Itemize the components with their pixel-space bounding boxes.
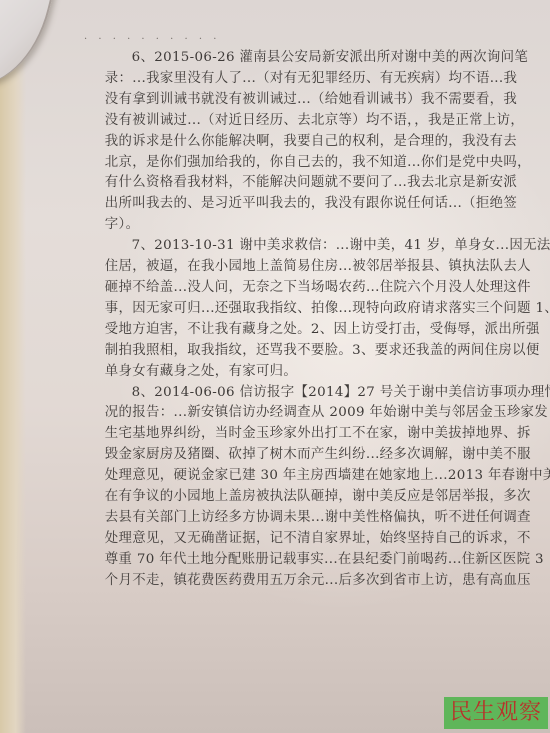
text-line: 况的报告：...新安镇信访办经调查从 2009 年始谢中美与邻居金玉珍家发 bbox=[78, 403, 462, 424]
text-line: 字）。 bbox=[78, 215, 462, 236]
text-line: 尊重 70 年代土地分配账册记载事实...在县纪委门前喝药...住新区医院 3 bbox=[78, 550, 462, 571]
text-line: 去县有关部门上访经多方协调未果...谢中美性格偏执，听不进任何调查 bbox=[78, 508, 462, 529]
paragraph-8: 8、2014-06-06 信访报字【2014】27 号关于谢中美信访事项办理情 … bbox=[78, 383, 462, 592]
watermark-logo: 民生观察 bbox=[444, 697, 548, 729]
text-line: 单身女有藏身之处，有家可归。 bbox=[78, 362, 462, 383]
text-line: 住居，被逼，在我小园地上盖简易住房...被邻居举报县、镇执法队去人 bbox=[78, 257, 462, 278]
text-line: 毁金家厨房及猪圈、砍掉了树木而产生纠纷...经多次调解，谢中美不服 bbox=[78, 445, 462, 466]
cut-off-text-fragment: · · · · · · · · · · bbox=[84, 30, 462, 44]
text-line: 没有被训诫过...（对近日经历、去北京等）均不语，，我是正常上访， bbox=[78, 111, 462, 132]
text-line: 录：...我家里没有人了...（对有无犯罪经历、有无疾病）均不语...我 bbox=[78, 69, 462, 90]
text-line: 受地方迫害，不让我有藏身之处。2、因上访受打击，受侮辱，派出所强 bbox=[78, 320, 462, 341]
text-line: 出所叫我去的、是习近平叫我去的，我没有跟你说任何话...（拒绝签 bbox=[78, 194, 462, 215]
paragraph-6: 6、2015-06-26 灌南县公安局新安派出所对谢中美的两次询问笔 录：...… bbox=[78, 48, 462, 236]
document-body: · · · · · · · · · · 6、2015-06-26 灌南县公安局新… bbox=[78, 30, 462, 592]
text-line: 个月不走，镇花费医药费用五万余元...后多次到省市上访，患有高血压 bbox=[78, 571, 462, 592]
text-line: 没有拿到训诫书就没有被训诫过...（给她看训诫书）我不需要看，我 bbox=[78, 90, 462, 111]
text-line: 生宅基地界纠纷，当时金玉珍家外出打工不在家，谢中美拔掉地界、拆 bbox=[78, 424, 462, 445]
text-line: 砸掉不给盖...没人问，无奈之下当场喝农药...住院六个月没人处理这件 bbox=[78, 278, 462, 299]
text-line: 8、2014-06-06 信访报字【2014】27 号关于谢中美信访事项办理情 bbox=[78, 383, 462, 404]
paragraph-7: 7、2013-10-31 谢中美求救信：...谢中美，41 岁，单身女...因无… bbox=[78, 236, 462, 382]
text-line: 制拍我照相，取我指纹，还骂我不要脸。3、要求还我盖的两间住房以便 bbox=[78, 341, 462, 362]
page-edge-shadow bbox=[0, 0, 26, 733]
text-line: 我的诉求是什么你能解决啊，我要自己的权利，是合理的，我没有去 bbox=[78, 132, 462, 153]
text-line: 北京，是你们强加给我的，你自己去的，我不知道...你们是党中央吗， bbox=[78, 153, 462, 174]
text-line: 事，因无家可归...还强取我指纹、拍像...现特向政府请求落实三个问题 1、 bbox=[78, 299, 462, 320]
text-line: 在有争议的小园地上盖房被执法队砸掉，谢中美反应是邻居举报，多次 bbox=[78, 487, 462, 508]
text-line: 有什么资格看我材料，不能解决问题就不要问了...我去北京是新安派 bbox=[78, 173, 462, 194]
text-line: 6、2015-06-26 灌南县公安局新安派出所对谢中美的两次询问笔 bbox=[78, 48, 462, 69]
text-line: 处理意见，又无确凿证据，记不清自家界址，始终坚持自己的诉求，不 bbox=[78, 529, 462, 550]
text-line: 7、2013-10-31 谢中美求救信：...谢中美，41 岁，单身女...因无… bbox=[78, 236, 462, 257]
text-line: 处理意见，硬说金家已建 30 年主房西墙建在她家地上...2013 年春谢中美 bbox=[78, 466, 462, 487]
